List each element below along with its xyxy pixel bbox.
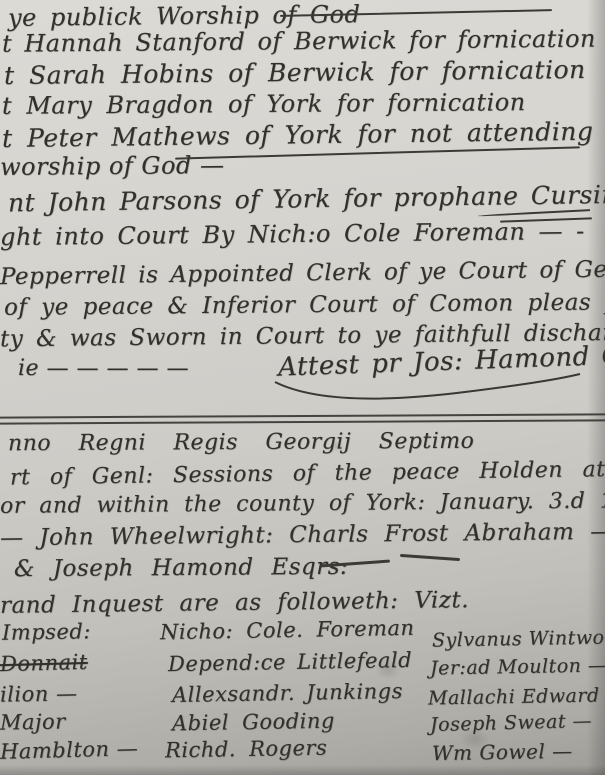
- page-edge-shadow-bottom: [0, 765, 605, 775]
- manuscript-line-sessions: rt of Genl: Sessions of the peace Holden…: [10, 457, 605, 491]
- manuscript-line-joseph-hamond-esq: & Joseph Hamond Esqrs:: [14, 554, 348, 582]
- juror-col2-row2: Depend:ce Littlefeald: [168, 648, 412, 676]
- juror-col1-row3: ilion —: [0, 681, 78, 706]
- section-divider-rule-bottom: [0, 419, 605, 424]
- manuscript-line-pepperrell: Pepperrell is Appointed Clerk of ye Cour…: [0, 256, 605, 290]
- manuscript-line-grand-inquest: rand Inquest are as followeth: Vizt.: [0, 587, 469, 619]
- manuscript-line-john-parsons: nt John Parsons of York for prophane Cur…: [8, 180, 605, 218]
- signature-flourish: [265, 372, 585, 404]
- juror-col2-row3: Allexsandr. Junkings: [172, 679, 403, 707]
- juror-col2-row4: Abiel Gooding: [172, 709, 335, 736]
- manuscript-heading-anno-regni: nno Regni Regis Georgij Septimo: [8, 429, 474, 456]
- juror-col2-row5: Richd. Rogers: [165, 736, 328, 763]
- juror-col3-row2: Jer:ad Moulton —: [430, 654, 605, 679]
- manuscript-line-worship-2: worship of God —: [0, 151, 225, 181]
- section-divider-rule-top: [0, 413, 605, 418]
- juror-col2-row1: Nicho: Cole. Foreman: [160, 616, 415, 644]
- manuscript-line-sarah-hobins: t Sarah Hobins of Berwick for fornicatio…: [4, 55, 586, 90]
- juror-col3-row3: Mallachi Edward: [428, 685, 600, 710]
- manuscript-line-wheelwright-frost: — John Wheelwright: Charls Frost Abraham…: [0, 519, 605, 551]
- juror-col1-row2: Donnait: [0, 650, 88, 676]
- ink-rule: [400, 554, 460, 561]
- manuscript-line-hannah-stanford: t Hannah Stanford of Berwick for fornica…: [2, 24, 605, 58]
- juror-col1-row1: Impsed:: [2, 619, 91, 645]
- juror-col3-row4: Joseph Sweat —: [430, 710, 593, 736]
- juror-col3-row5: Wm Gowel —: [432, 739, 573, 765]
- manuscript-line-trailing-dashes: ie — — — — —: [18, 356, 189, 381]
- manuscript-line-county-of-york: or and within the county of York: Januar…: [0, 488, 605, 519]
- manuscript-line-brought-into-court: ght into Court By Nich:o Cole Foreman — …: [0, 217, 585, 251]
- juror-col1-row4: Major: [0, 709, 66, 734]
- page-edge-shadow-right: [587, 0, 605, 775]
- juror-col1-row5: Hamblton —: [0, 736, 138, 764]
- manuscript-page: ye publick Worship of God t Hannah Stanf…: [0, 0, 605, 775]
- juror-col3-row1: Sylvanus Wintwor: [432, 626, 605, 651]
- manuscript-line-inferior-court: of ye peace & Inferior Court of Comon pl…: [4, 289, 605, 321]
- manuscript-line-mary-bragdon: t Mary Bragdon of York for fornication: [2, 88, 526, 120]
